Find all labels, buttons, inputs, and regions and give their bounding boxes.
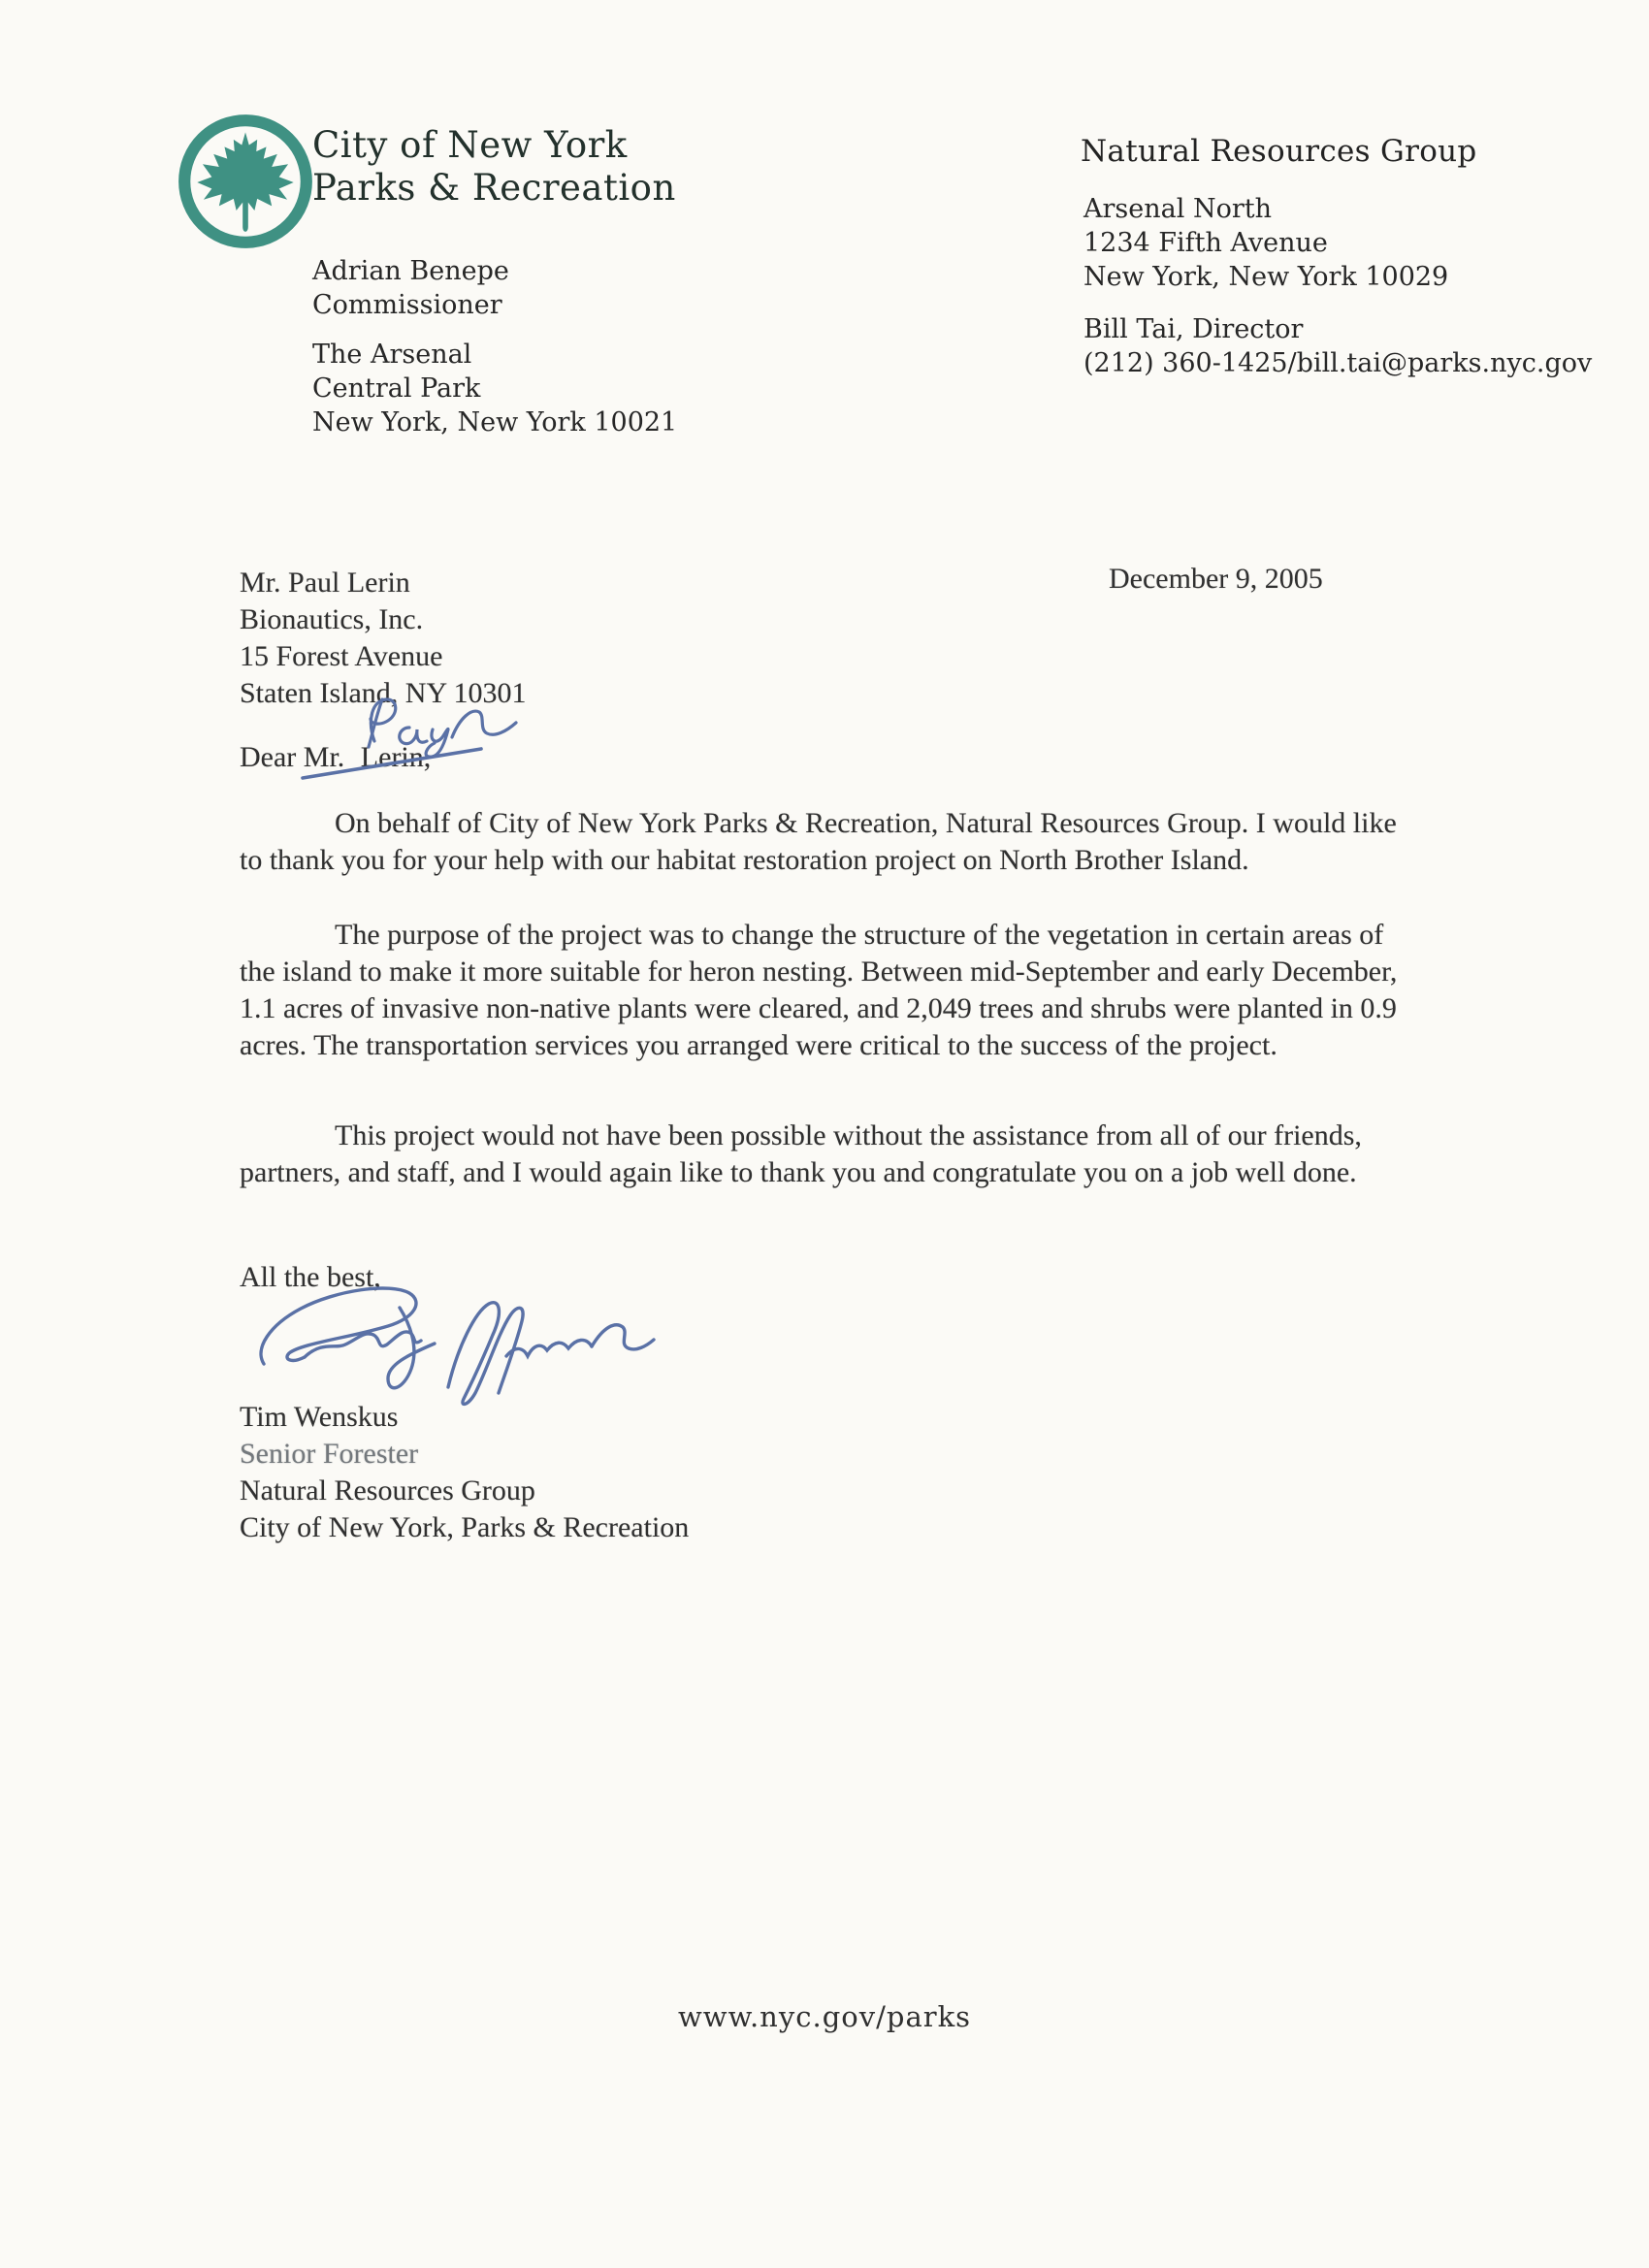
division-address-line: 1234 Fifth Avenue [1083,226,1448,260]
office-address-line: New York, New York 10021 [312,405,677,439]
division-address-line: New York, New York 10029 [1083,260,1448,294]
signer-block: Tim Wenskus Senior Forester Natural Reso… [240,1399,689,1546]
commissioner-name: Adrian Benepe [312,254,509,288]
recipient-line: Bionautics, Inc. [240,601,527,638]
office-address-line: Central Park [312,372,677,405]
letter-date: December 9, 2005 [1109,561,1323,598]
office-address-line: The Arsenal [312,338,677,372]
division-contact: Bill Tai, Director (212) 360-1425/bill.t… [1083,312,1592,380]
commissioner-block: Adrian Benepe Commissioner [312,254,509,322]
division-name: Natural Resources Group [1081,134,1477,169]
signer-division: Natural Resources Group [240,1473,689,1509]
paragraph-3: This project would not have been possibl… [240,1118,1418,1191]
recipient-line: Mr. Paul Lerin [240,565,527,601]
org-name-line1: City of New York [312,124,676,167]
commissioner-title: Commissioner [312,288,509,322]
paragraph-2: The purpose of the project was to change… [240,917,1418,1064]
division-address: Arsenal North 1234 Fifth Avenue New York… [1083,192,1448,294]
division-director-line: Bill Tai, Director [1083,312,1592,346]
recipient-line: 15 Forest Avenue [240,638,527,675]
office-address: The Arsenal Central Park New York, New Y… [312,338,677,439]
signer-title: Senior Forester [240,1436,689,1473]
footer-url: www.nyc.gov/parks [0,2000,1649,2033]
nyc-parks-leaf-logo-icon [173,109,318,254]
division-phone-email-line: (212) 360-1425/bill.tai@parks.nyc.gov [1083,346,1592,380]
signer-org: City of New York, Parks & Recreation [240,1509,689,1546]
org-name: City of New York Parks & Recreation [312,124,676,210]
handwritten-signature [242,1279,660,1409]
handwritten-correction-paul [291,691,582,797]
scanned-letter-page: City of New York Parks & Recreation Adri… [0,0,1649,2268]
signer-name: Tim Wenskus [240,1399,689,1436]
division-address-line: Arsenal North [1083,192,1448,226]
paragraph-1: On behalf of City of New York Parks & Re… [240,805,1418,879]
org-name-line2: Parks & Recreation [312,167,676,210]
